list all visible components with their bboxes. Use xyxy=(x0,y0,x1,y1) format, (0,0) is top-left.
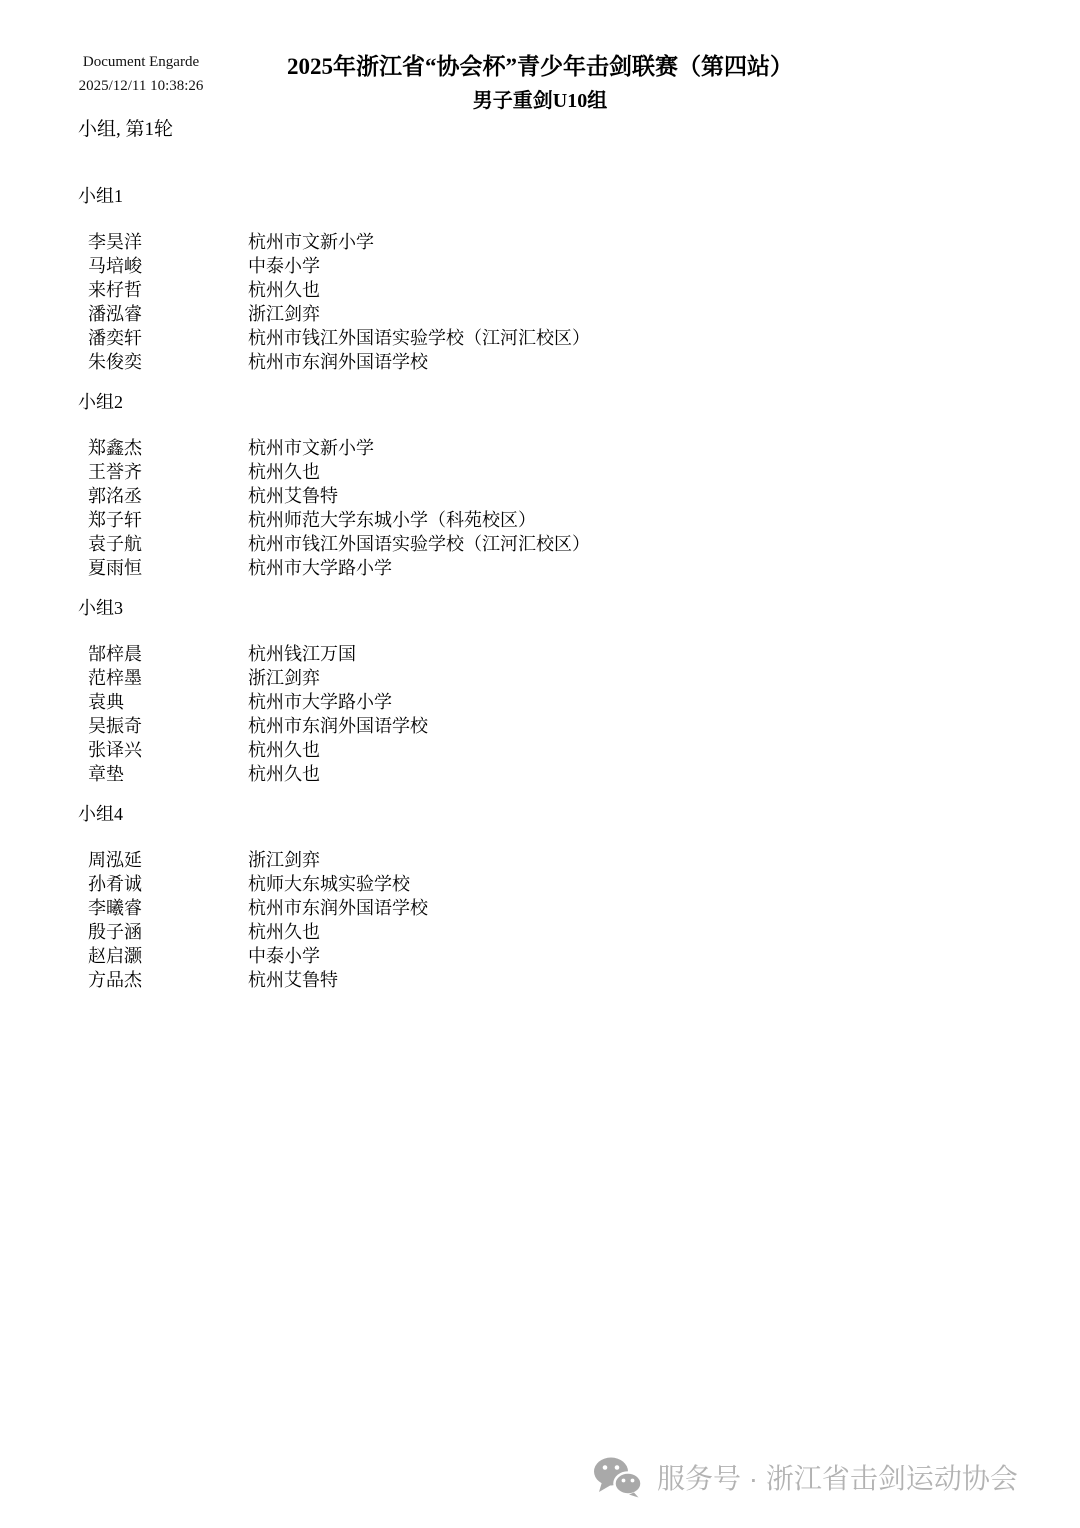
fencer-name: 郑鑫杰 xyxy=(88,436,248,460)
roster-content: 小组, 第1轮 小组1 李昊洋杭州市文新小学马培峻中泰小学来杍哲杭州久也潘泓睿浙… xyxy=(78,118,1038,1008)
page-title: 2025年浙江省“协会杯”青少年击剑联赛（第四站） xyxy=(0,48,1080,81)
roster-row: 殷子涵杭州久也 xyxy=(88,920,1038,944)
fencer-name: 殷子涵 xyxy=(88,920,248,944)
roster-row: 王誉齐杭州久也 xyxy=(88,460,1038,484)
fencer-club: 杭州久也 xyxy=(248,460,1038,484)
fencer-name: 赵启灏 xyxy=(88,944,248,968)
fencer-name: 吴振奇 xyxy=(88,714,248,738)
roster-row: 孙肴诚杭师大东城实验学校 xyxy=(88,872,1038,896)
fencer-club: 杭州久也 xyxy=(248,762,1038,786)
fencer-club: 杭州市文新小学 xyxy=(248,436,1038,460)
roster-row: 吴振奇杭州市东润外国语学校 xyxy=(88,714,1038,738)
group-2-rows: 郑鑫杰杭州市文新小学王誉齐杭州久也郭洺丞杭州艾鲁特郑子轩杭州师范大学东城小学（科… xyxy=(78,436,1038,580)
fencer-name: 周泓延 xyxy=(88,848,248,872)
roster-row: 潘奕轩杭州市钱江外国语实验学校（江河汇校区） xyxy=(88,326,1038,350)
fencer-name: 范梓墨 xyxy=(88,666,248,690)
footer-label: 服务号 · 浙江省击剑运动协会 xyxy=(657,1457,1018,1497)
fencer-name: 张译兴 xyxy=(88,738,248,762)
group-4-rows: 周泓延浙江剑弈孙肴诚杭师大东城实验学校李曦睿杭州市东润外国语学校殷子涵杭州久也赵… xyxy=(78,848,1038,992)
fencer-club: 中泰小学 xyxy=(248,944,1038,968)
fencer-name: 郑子轩 xyxy=(88,508,248,532)
group-4-label: 小组4 xyxy=(78,802,1038,826)
fencer-name: 王誉齐 xyxy=(88,460,248,484)
fencer-club: 杭州艾鲁特 xyxy=(248,484,1038,508)
fencer-name: 郭洺丞 xyxy=(88,484,248,508)
fencer-club: 杭州市大学路小学 xyxy=(248,556,1038,580)
group-3: 小组3 郜梓晨杭州钱江万国范梓墨浙江剑弈袁典杭州市大学路小学吴振奇杭州市东润外国… xyxy=(78,596,1038,786)
fencer-club: 杭州师范大学东城小学（科苑校区） xyxy=(248,508,1038,532)
roster-row: 章垫杭州久也 xyxy=(88,762,1038,786)
document-page: Document Engarde 2025/12/11 10:38:26 202… xyxy=(0,0,1080,1528)
roster-row: 赵启灏中泰小学 xyxy=(88,944,1038,968)
roster-row: 朱俊奕杭州市东润外国语学校 xyxy=(88,350,1038,374)
fencer-club: 杭州市东润外国语学校 xyxy=(248,350,1038,374)
fencer-name: 袁典 xyxy=(88,690,248,714)
fencer-name: 来杍哲 xyxy=(88,278,248,302)
fencer-club: 浙江剑弈 xyxy=(248,666,1038,690)
fencer-name: 潘奕轩 xyxy=(88,326,248,350)
group-1-rows: 李昊洋杭州市文新小学马培峻中泰小学来杍哲杭州久也潘泓睿浙江剑弈潘奕轩杭州市钱江外… xyxy=(78,230,1038,374)
fencer-name: 马培峻 xyxy=(88,254,248,278)
roster-row: 李昊洋杭州市文新小学 xyxy=(88,230,1038,254)
roster-row: 郜梓晨杭州钱江万国 xyxy=(88,642,1038,666)
group-1: 小组1 李昊洋杭州市文新小学马培峻中泰小学来杍哲杭州久也潘泓睿浙江剑弈潘奕轩杭州… xyxy=(78,184,1038,374)
roster-row: 张译兴杭州久也 xyxy=(88,738,1038,762)
group-2-label: 小组2 xyxy=(78,390,1038,414)
roster-row: 范梓墨浙江剑弈 xyxy=(88,666,1038,690)
fencer-club: 浙江剑弈 xyxy=(248,848,1038,872)
fencer-name: 郜梓晨 xyxy=(88,642,248,666)
group-3-rows: 郜梓晨杭州钱江万国范梓墨浙江剑弈袁典杭州市大学路小学吴振奇杭州市东润外国语学校张… xyxy=(78,642,1038,786)
wechat-icon xyxy=(593,1456,643,1498)
roster-row: 潘泓睿浙江剑弈 xyxy=(88,302,1038,326)
roster-row: 袁典杭州市大学路小学 xyxy=(88,690,1038,714)
group-4: 小组4 周泓延浙江剑弈孙肴诚杭师大东城实验学校李曦睿杭州市东润外国语学校殷子涵杭… xyxy=(78,802,1038,992)
fencer-club: 杭州市文新小学 xyxy=(248,230,1038,254)
fencer-name: 潘泓睿 xyxy=(88,302,248,326)
fencer-club: 杭州市钱江外国语实验学校（江河汇校区） xyxy=(248,326,1038,350)
group-2: 小组2 郑鑫杰杭州市文新小学王誉齐杭州久也郭洺丞杭州艾鲁特郑子轩杭州师范大学东城… xyxy=(78,390,1038,580)
fencer-club: 杭州艾鲁特 xyxy=(248,968,1038,992)
fencer-name: 章垫 xyxy=(88,762,248,786)
fencer-name: 李昊洋 xyxy=(88,230,248,254)
group-1-label: 小组1 xyxy=(78,184,1038,208)
roster-row: 郑鑫杰杭州市文新小学 xyxy=(88,436,1038,460)
roster-row: 夏雨恒杭州市大学路小学 xyxy=(88,556,1038,580)
roster-row: 李曦睿杭州市东润外国语学校 xyxy=(88,896,1038,920)
fencer-name: 李曦睿 xyxy=(88,896,248,920)
footer-service-account[interactable]: 服务号 · 浙江省击剑运动协会 xyxy=(593,1456,1018,1498)
fencer-club: 杭州久也 xyxy=(248,738,1038,762)
group-3-label: 小组3 xyxy=(78,596,1038,620)
round-label: 小组, 第1轮 xyxy=(78,118,1038,142)
roster-row: 郑子轩杭州师范大学东城小学（科苑校区） xyxy=(88,508,1038,532)
fencer-club: 中泰小学 xyxy=(248,254,1038,278)
fencer-club: 杭州市钱江外国语实验学校（江河汇校区） xyxy=(248,532,1038,556)
fencer-name: 袁子航 xyxy=(88,532,248,556)
fencer-club: 杭州久也 xyxy=(248,278,1038,302)
roster-row: 郭洺丞杭州艾鲁特 xyxy=(88,484,1038,508)
fencer-club: 杭师大东城实验学校 xyxy=(248,872,1038,896)
roster-row: 袁子航杭州市钱江外国语实验学校（江河汇校区） xyxy=(88,532,1038,556)
fencer-name: 方品杰 xyxy=(88,968,248,992)
fencer-name: 孙肴诚 xyxy=(88,872,248,896)
fencer-club: 浙江剑弈 xyxy=(248,302,1038,326)
roster-row: 马培峻中泰小学 xyxy=(88,254,1038,278)
roster-row: 周泓延浙江剑弈 xyxy=(88,848,1038,872)
fencer-club: 杭州市东润外国语学校 xyxy=(248,714,1038,738)
fencer-club: 杭州久也 xyxy=(248,920,1038,944)
roster-row: 来杍哲杭州久也 xyxy=(88,278,1038,302)
fencer-name: 朱俊奕 xyxy=(88,350,248,374)
fencer-club: 杭州钱江万国 xyxy=(248,642,1038,666)
page-subtitle: 男子重剑U10组 xyxy=(0,84,1080,113)
fencer-club: 杭州市大学路小学 xyxy=(248,690,1038,714)
fencer-name: 夏雨恒 xyxy=(88,556,248,580)
roster-row: 方品杰杭州艾鲁特 xyxy=(88,968,1038,992)
fencer-club: 杭州市东润外国语学校 xyxy=(248,896,1038,920)
